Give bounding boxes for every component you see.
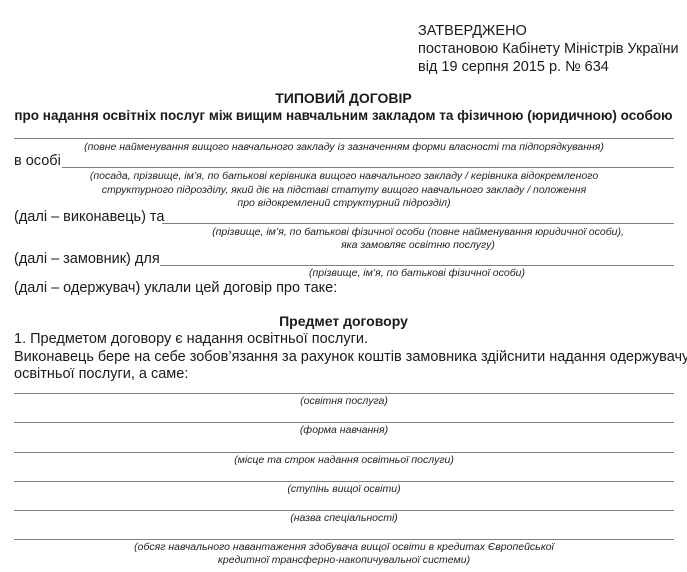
represented-by-hint-3: про відокремлений структурний підрозділ)	[14, 196, 674, 210]
specialty-hint: (назва спеціальності)	[14, 511, 674, 525]
study-form-hint: (форма навчання)	[14, 423, 674, 437]
customer-label: (далі – замовник) для	[14, 251, 160, 267]
approval-block: ЗАТВЕРДЖЕНО постановою Кабінету Міністрі…	[418, 22, 679, 76]
place-term-hint: (місце та строк надання освітньої послуг…	[14, 453, 674, 467]
degree-hint: (ступінь вищої освіти)	[14, 482, 674, 496]
section-heading-subject: Предмет договору	[0, 313, 687, 329]
customer-hint-1: (прізвище, ім’я, по батькові фізичної ос…	[162, 225, 674, 239]
workload-hint-2: кредитної трансферно-накопичувальної сис…	[14, 553, 674, 567]
executor-label: (далі – виконавець) та	[14, 209, 164, 225]
workload-hint-1: (обсяг навчального навантаження здобувач…	[14, 540, 674, 554]
represented-by-hint-1: (посада, прізвище, ім’я, по батькові кер…	[14, 169, 674, 183]
customer-hint-2: яка замовляє освітню послугу)	[162, 238, 674, 252]
approval-resolution: постановою Кабінету Міністрів України	[418, 40, 679, 58]
represented-by-field-line[interactable]	[62, 167, 674, 168]
clause-text-line-2: освітньої послуги, а саме:	[14, 365, 188, 383]
recipient-label: (далі – одержувач) уклали цей договір пр…	[14, 280, 337, 296]
approval-title: ЗАТВЕРДЖЕНО	[418, 22, 679, 40]
document-subtitle: про надання освітніх послуг між вищим на…	[0, 108, 687, 123]
recipient-hint: (прізвище, ім’я, по батькові фізичної ос…	[160, 266, 674, 280]
institution-field-line[interactable]	[14, 138, 674, 139]
document-title: ТИПОВИЙ ДОГОВІР	[0, 90, 687, 106]
approval-date: від 19 серпня 2015 р. № 634	[418, 58, 679, 76]
educational-service-hint: (освітня послуга)	[14, 394, 674, 408]
represented-by-hint-2: структурного підрозділу, який діє на під…	[14, 183, 674, 197]
clause-1: 1. Предметом договору є надання освітньо…	[14, 330, 368, 348]
customer-field-line[interactable]	[162, 223, 674, 224]
represented-by-label: в особі	[14, 153, 61, 169]
clause-text-line-1: Виконавець бере на себе зобов’язання за …	[14, 348, 674, 366]
institution-hint: (повне найменування вищого навчального з…	[14, 140, 674, 154]
